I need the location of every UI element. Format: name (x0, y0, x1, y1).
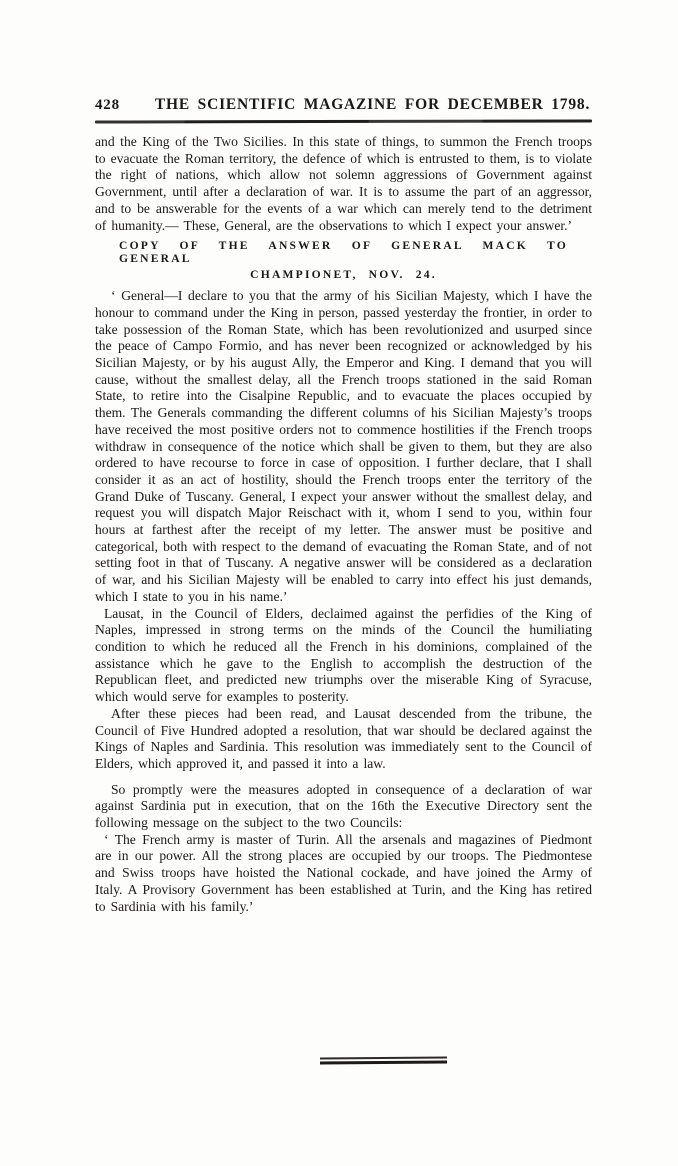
paragraph-council-resolution: After these pieces had been read, and La… (95, 706, 592, 773)
paragraph-mack-letter: ‘ General—I declare to you that the army… (95, 288, 592, 605)
section-heading-line2: CHAMPIONET, NOV. 24. (95, 268, 592, 281)
article-body: and the King of the Two Sicilies. In thi… (95, 134, 592, 915)
end-rule-thin-line (320, 1057, 447, 1059)
page-number: 428 (95, 97, 153, 114)
text-block: 428 THE SCIENTIFIC MAGAZINE FOR DECEMBER… (95, 96, 592, 915)
magazine-page: 428 THE SCIENTIFIC MAGAZINE FOR DECEMBER… (0, 0, 678, 1166)
section-heading-line1: COPY OF THE ANSWER OF GENERAL MACK TO GE… (95, 239, 592, 265)
running-header: 428 THE SCIENTIFIC MAGAZINE FOR DECEMBER… (95, 96, 592, 114)
end-rule-thick-line (320, 1061, 447, 1065)
paragraph-french-army-message: ‘ The French army is master of Turin. Al… (95, 832, 592, 916)
end-rule (320, 1057, 447, 1064)
masthead-title: THE SCIENTIFIC MAGAZINE FOR DECEMBER 179… (153, 96, 592, 114)
paragraph-so-promptly: So promptly were the measures adopted in… (95, 782, 592, 832)
paragraph-continuation: and the King of the Two Sicilies. In thi… (95, 134, 592, 234)
paragraph-lausat: Lausat, in the Council of Elders, declai… (95, 606, 592, 706)
header-rule (95, 119, 592, 123)
section-heading: COPY OF THE ANSWER OF GENERAL MACK TO GE… (95, 239, 592, 281)
